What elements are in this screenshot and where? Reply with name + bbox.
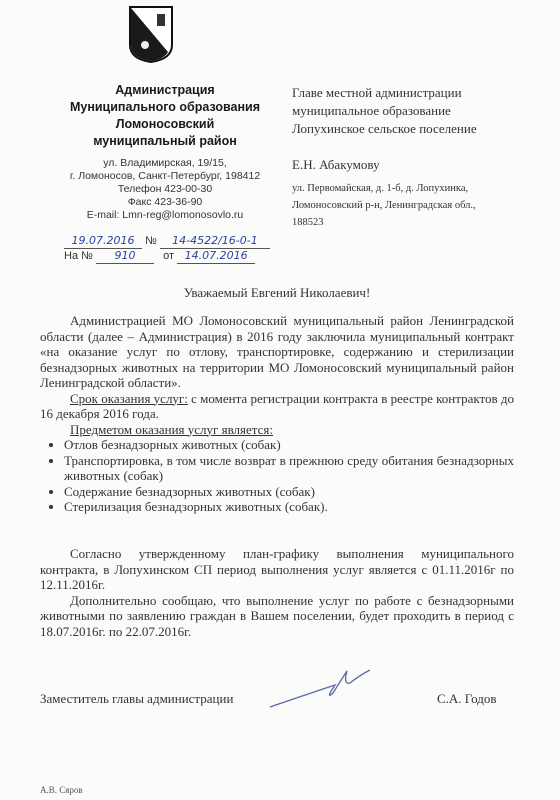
address-line: ул. Владимирская, 19/15, — [40, 157, 290, 170]
org-name: Администрация Муниципального образования… — [40, 82, 290, 150]
email: E-mail: Lmn-reg@lomonosovlo.ru — [40, 209, 290, 222]
letter-body: Администрацией МО Ломоносовский муниципа… — [40, 313, 514, 515]
term-label: Срок оказания услуг: — [70, 391, 188, 406]
signatory-position: Заместитель главы администрации — [40, 691, 233, 707]
org-line: муниципальный район — [40, 133, 290, 150]
list-item: Содержание безнадзорных животных (собак) — [64, 484, 514, 500]
list-item: Транспортировка, в том числе возврат в п… — [64, 453, 514, 484]
signatory-name: С.А. Годов — [437, 691, 497, 707]
registration-row: 19.07.2016 № 14-4522/16-0-1 — [64, 234, 270, 249]
subject-label-text: Предметом оказания услуг является: — [70, 422, 273, 437]
from-label: от — [163, 250, 174, 262]
recipient-line: Главе местной администрации — [292, 84, 477, 102]
number-label: № — [145, 235, 157, 247]
recipient-name: Е.Н. Абакумову — [292, 156, 477, 174]
registration-number: 14-4522/16-0-1 — [160, 234, 270, 249]
subject-label: Предметом оказания услуг является: — [40, 422, 514, 438]
salutation: Уважаемый Евгений Николаевич! — [40, 285, 514, 301]
executor-name: А.В. Сяров — [40, 785, 83, 795]
recipient-address-line: ул. Первомайская, д. 1-б, д. Лопухинка, — [292, 180, 476, 197]
reply-row: На № 910 от 14.07.2016 — [64, 249, 255, 264]
recipient-line: Лопухинское сельское поселение — [292, 120, 477, 138]
address-line: Факс 423-36-90 — [40, 196, 290, 209]
list-item: Стерилизация безнадзорных животных (соба… — [64, 499, 514, 515]
address-line: г. Ломоносов, Санкт-Петербург, 198412 — [40, 170, 290, 183]
address-line: Телефон 423-00-30 — [40, 183, 290, 196]
reply-label: На № — [64, 250, 93, 262]
recipient-line: муниципальное образование — [292, 102, 477, 120]
list-item: Отлов безнадзорных животных (собак) — [64, 437, 514, 453]
letter-body-2: Согласно утвержденному план-графику выпо… — [40, 546, 514, 639]
services-list: Отлов безнадзорных животных (собак) Тран… — [40, 437, 514, 515]
paragraph-additional: Дополнительно сообщаю, что выполнение ус… — [40, 593, 514, 640]
recipient-address-line: 188523 — [292, 214, 476, 231]
paragraph-schedule: Согласно утвержденному план-графику выпо… — [40, 546, 514, 593]
org-line: Администрация — [40, 82, 290, 99]
recipient: Главе местной администрации муниципально… — [292, 84, 477, 174]
signature-icon — [265, 665, 375, 710]
org-address: ул. Владимирская, 19/15, г. Ломоносов, С… — [40, 157, 290, 222]
registration-date: 19.07.2016 — [64, 234, 142, 249]
recipient-address-line: Ломоносовский р-н, Ленинградская обл., — [292, 197, 476, 214]
coat-of-arms-icon — [128, 5, 174, 63]
org-line: Муниципального образования — [40, 99, 290, 116]
org-line: Ломоносовский — [40, 116, 290, 133]
paragraph-term: Срок оказания услуг: с момента регистрац… — [40, 391, 514, 422]
paragraph-contract: Администрацией МО Ломоносовский муниципа… — [40, 313, 514, 391]
recipient-address: ул. Первомайская, д. 1-б, д. Лопухинка, … — [292, 180, 476, 231]
reply-number: 910 — [96, 249, 154, 264]
reply-date: 14.07.2016 — [177, 249, 255, 264]
